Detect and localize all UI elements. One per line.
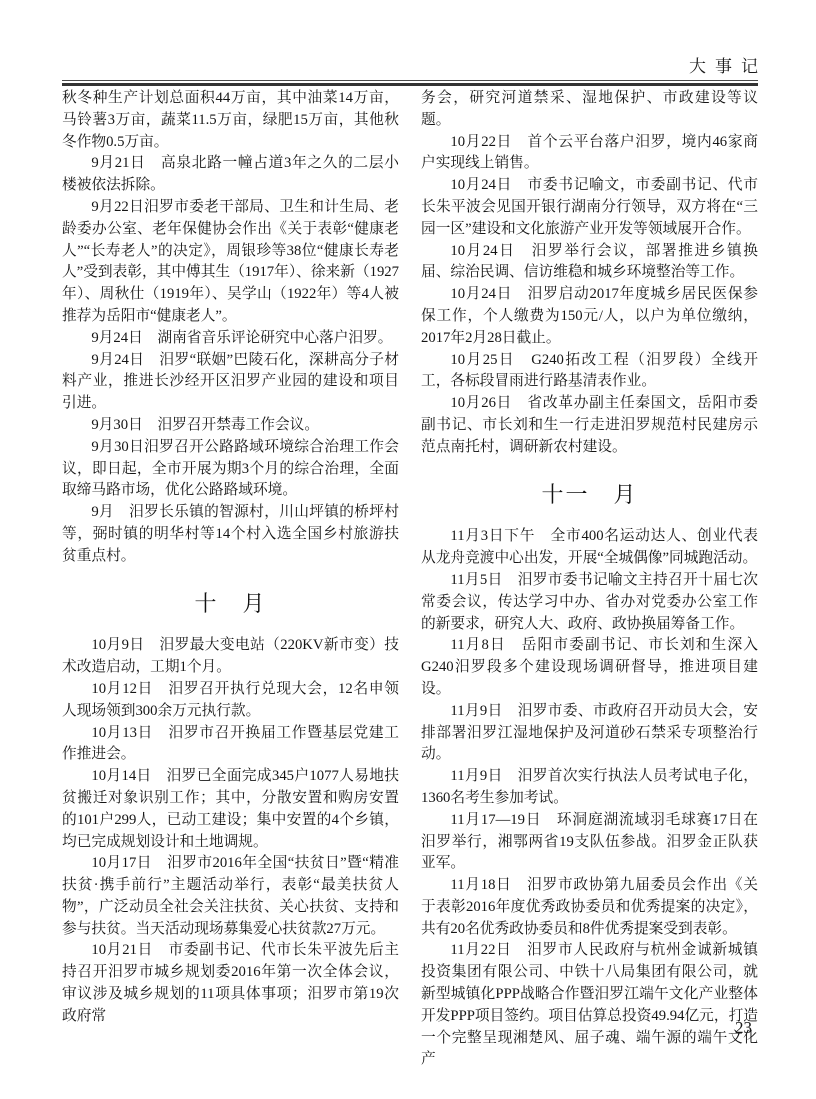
month-heading: 十一 月 xyxy=(421,484,758,506)
event-paragraph: 11月5日 汨罗市委书记喻文主持召开十届七次常委会议，传达学习中办、省办对党委办… xyxy=(421,570,758,635)
event-paragraph: 10月14日 汨罗已全面完成345户1077人易地扶贫搬迁对象识别工作；其中，分… xyxy=(62,766,399,853)
event-paragraph: 10月24日 市委书记喻文，市委副书记、代市长朱平波会见国开银行湖南分行领导，双… xyxy=(421,175,758,240)
event-paragraph: 10月17日 汨罗市2016年全国“扶贫日”暨“精准扶贫·携手前行”主题活动举行… xyxy=(62,853,399,940)
month-heading: 十 月 xyxy=(62,593,399,615)
header-rule-thick xyxy=(62,83,758,86)
event-paragraph: 9月 汨罗长乐镇的智源村，川山坪镇的桥坪村等，弼时镇的明华村等14个村入选全国乡… xyxy=(62,502,399,567)
event-paragraph: 11月9日 汨罗首次实行执法人员考试电子化，1360名考生参加考试。 xyxy=(421,766,758,810)
event-paragraph: 9月30日汨罗召开公路路域环境综合治理工作会议，即日起，全市开展为期3个月的综合… xyxy=(62,437,399,502)
right-column: 务会，研究河道禁采、湿地保护、市政建设等议题。10月22日 首个云平台落户汨罗，… xyxy=(421,88,758,1071)
header-rule-thin xyxy=(62,80,758,81)
event-paragraph: 11月8日 岳阳市委副书记、市长刘和生深入G240汨罗段多个建设现场调研督导，推… xyxy=(421,635,758,700)
event-paragraph: 10月25日 G240拓改工程（汨罗段）全线开工，各标段冒雨进行路基清表作业。 xyxy=(421,350,758,394)
event-paragraph: 11月9日 汨罗市委、市政府召开动员大会，安排部署汨罗江湿地保护及河道砂石禁采专… xyxy=(421,701,758,766)
event-paragraph: 10月9日 汨罗最大变电站（220KV新市变）技术改造启动，工期1个月。 xyxy=(62,635,399,679)
yearbook-page: 大事记 秋冬种生产计划总面积44万亩，其中油菜14万亩，马铃薯3万亩，蔬菜11.… xyxy=(0,0,816,1099)
page-header: 大事记 xyxy=(62,52,758,86)
event-paragraph: 9月21日 高泉北路一幢占道3年之久的二层小楼被依法拆除。 xyxy=(62,153,399,197)
event-paragraph: 10月13日 汨罗市召开换届工作暨基层党建工作推进会。 xyxy=(62,723,399,767)
two-column-body: 秋冬种生产计划总面积44万亩，其中油菜14万亩，马铃薯3万亩，蔬菜11.5万亩，… xyxy=(62,88,758,1071)
continued-paragraph: 务会，研究河道禁采、湿地保护、市政建设等议题。 xyxy=(421,88,758,132)
event-paragraph: 10月12日 汨罗召开执行兑现大会，12名申领人现场领到300余万元执行款。 xyxy=(62,679,399,723)
event-paragraph: 9月22日汨罗市委老干部局、卫生和计生局、老龄委办公室、老年保健协会作出《关于表… xyxy=(62,197,399,328)
event-paragraph: 11月22日 汨罗市人民政府与杭州金诚新城镇投资集团有限公司、中铁十八局集团有限… xyxy=(421,940,758,1071)
event-paragraph: 11月3日下午 全市400名运动达人、创业代表从龙舟竞渡中心出发，开展“全城偶像… xyxy=(421,526,758,570)
event-paragraph: 10月22日 首个云平台落户汨罗，境内46家商户实现线上销售。 xyxy=(421,132,758,176)
event-paragraph: 10月26日 省改革办副主任秦国文，岳阳市委副书记、市长刘和生一行走进汨罗规范村… xyxy=(421,393,758,458)
event-paragraph: 9月24日 汨罗“联姻”巴陵石化，深耕高分子材料产业，推进长沙经开区汨罗产业园的… xyxy=(62,350,399,415)
page-number: 23 xyxy=(735,1018,752,1038)
continued-paragraph: 秋冬种生产计划总面积44万亩，其中油菜14万亩，马铃薯3万亩，蔬菜11.5万亩，… xyxy=(62,88,399,153)
event-paragraph: 10月21日 市委副书记、代市长朱平波先后主持召开汨罗市城乡规划委2016年第一… xyxy=(62,940,399,1027)
event-paragraph: 10月24日 汨罗启动2017年度城乡居民医保参保工作，个人缴费为150元/人，… xyxy=(421,284,758,349)
event-paragraph: 10月24日 汨罗举行会议，部署推进乡镇换届、综治民调、信访维稳和城乡环境整治等… xyxy=(421,241,758,285)
event-paragraph: 9月24日 湖南省音乐评论研究中心落户汨罗。 xyxy=(62,328,399,350)
event-paragraph: 11月18日 汨罗市政协第九届委员会作出《关于表彰2016年度优秀政协委员和优秀… xyxy=(421,875,758,940)
running-head-title: 大事记 xyxy=(62,52,767,77)
event-paragraph: 9月30日 汨罗召开禁毒工作会议。 xyxy=(62,415,399,437)
event-paragraph: 11月17—19日 环洞庭湖流域羽毛球赛17日在汨罗举行，湘鄂两省19支队伍参战… xyxy=(421,810,758,875)
left-column: 秋冬种生产计划总面积44万亩，其中油菜14万亩，马铃薯3万亩，蔬菜11.5万亩，… xyxy=(62,88,399,1071)
